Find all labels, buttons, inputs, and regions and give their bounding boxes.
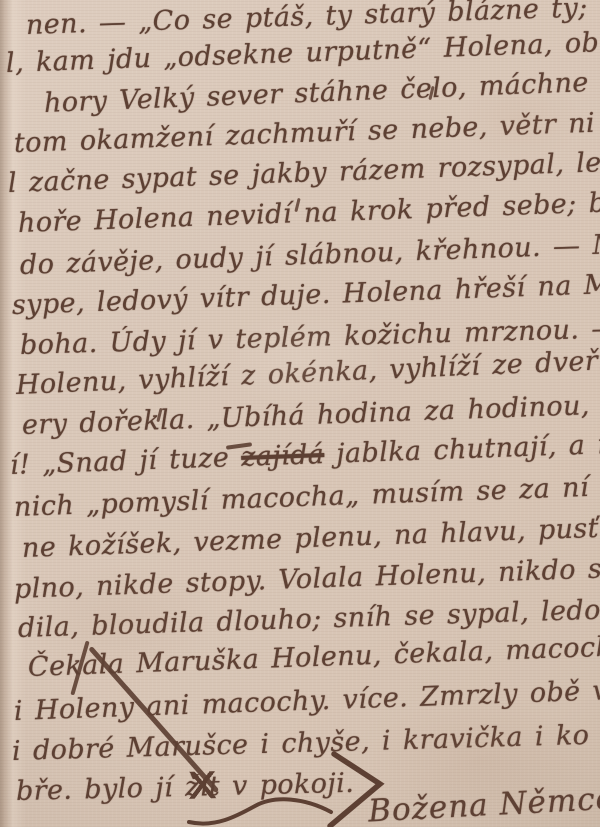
line-12-after: jablka chutnají, a ne: [324, 428, 600, 470]
line-12-struck-word: zajídá: [241, 439, 325, 473]
manuscript-line-18: i Holeny ani macochy. více. Zmrzly obě v: [13, 675, 600, 727]
author-signature: Božena Němcová: [367, 779, 600, 827]
line-20-before: bře. bylo jí: [16, 772, 186, 807]
manuscript-line-19: i dobré Marušce i chyše, i kravička i ko: [12, 720, 590, 767]
line-12-before: í! „Snad jí tuze: [9, 442, 241, 481]
signature-flourish-icon: [185, 792, 335, 827]
manuscript-page: nen. — „Co se ptáš, ty starý blázne ty; …: [0, 0, 600, 827]
large-insertion-caret-icon: [326, 746, 388, 827]
